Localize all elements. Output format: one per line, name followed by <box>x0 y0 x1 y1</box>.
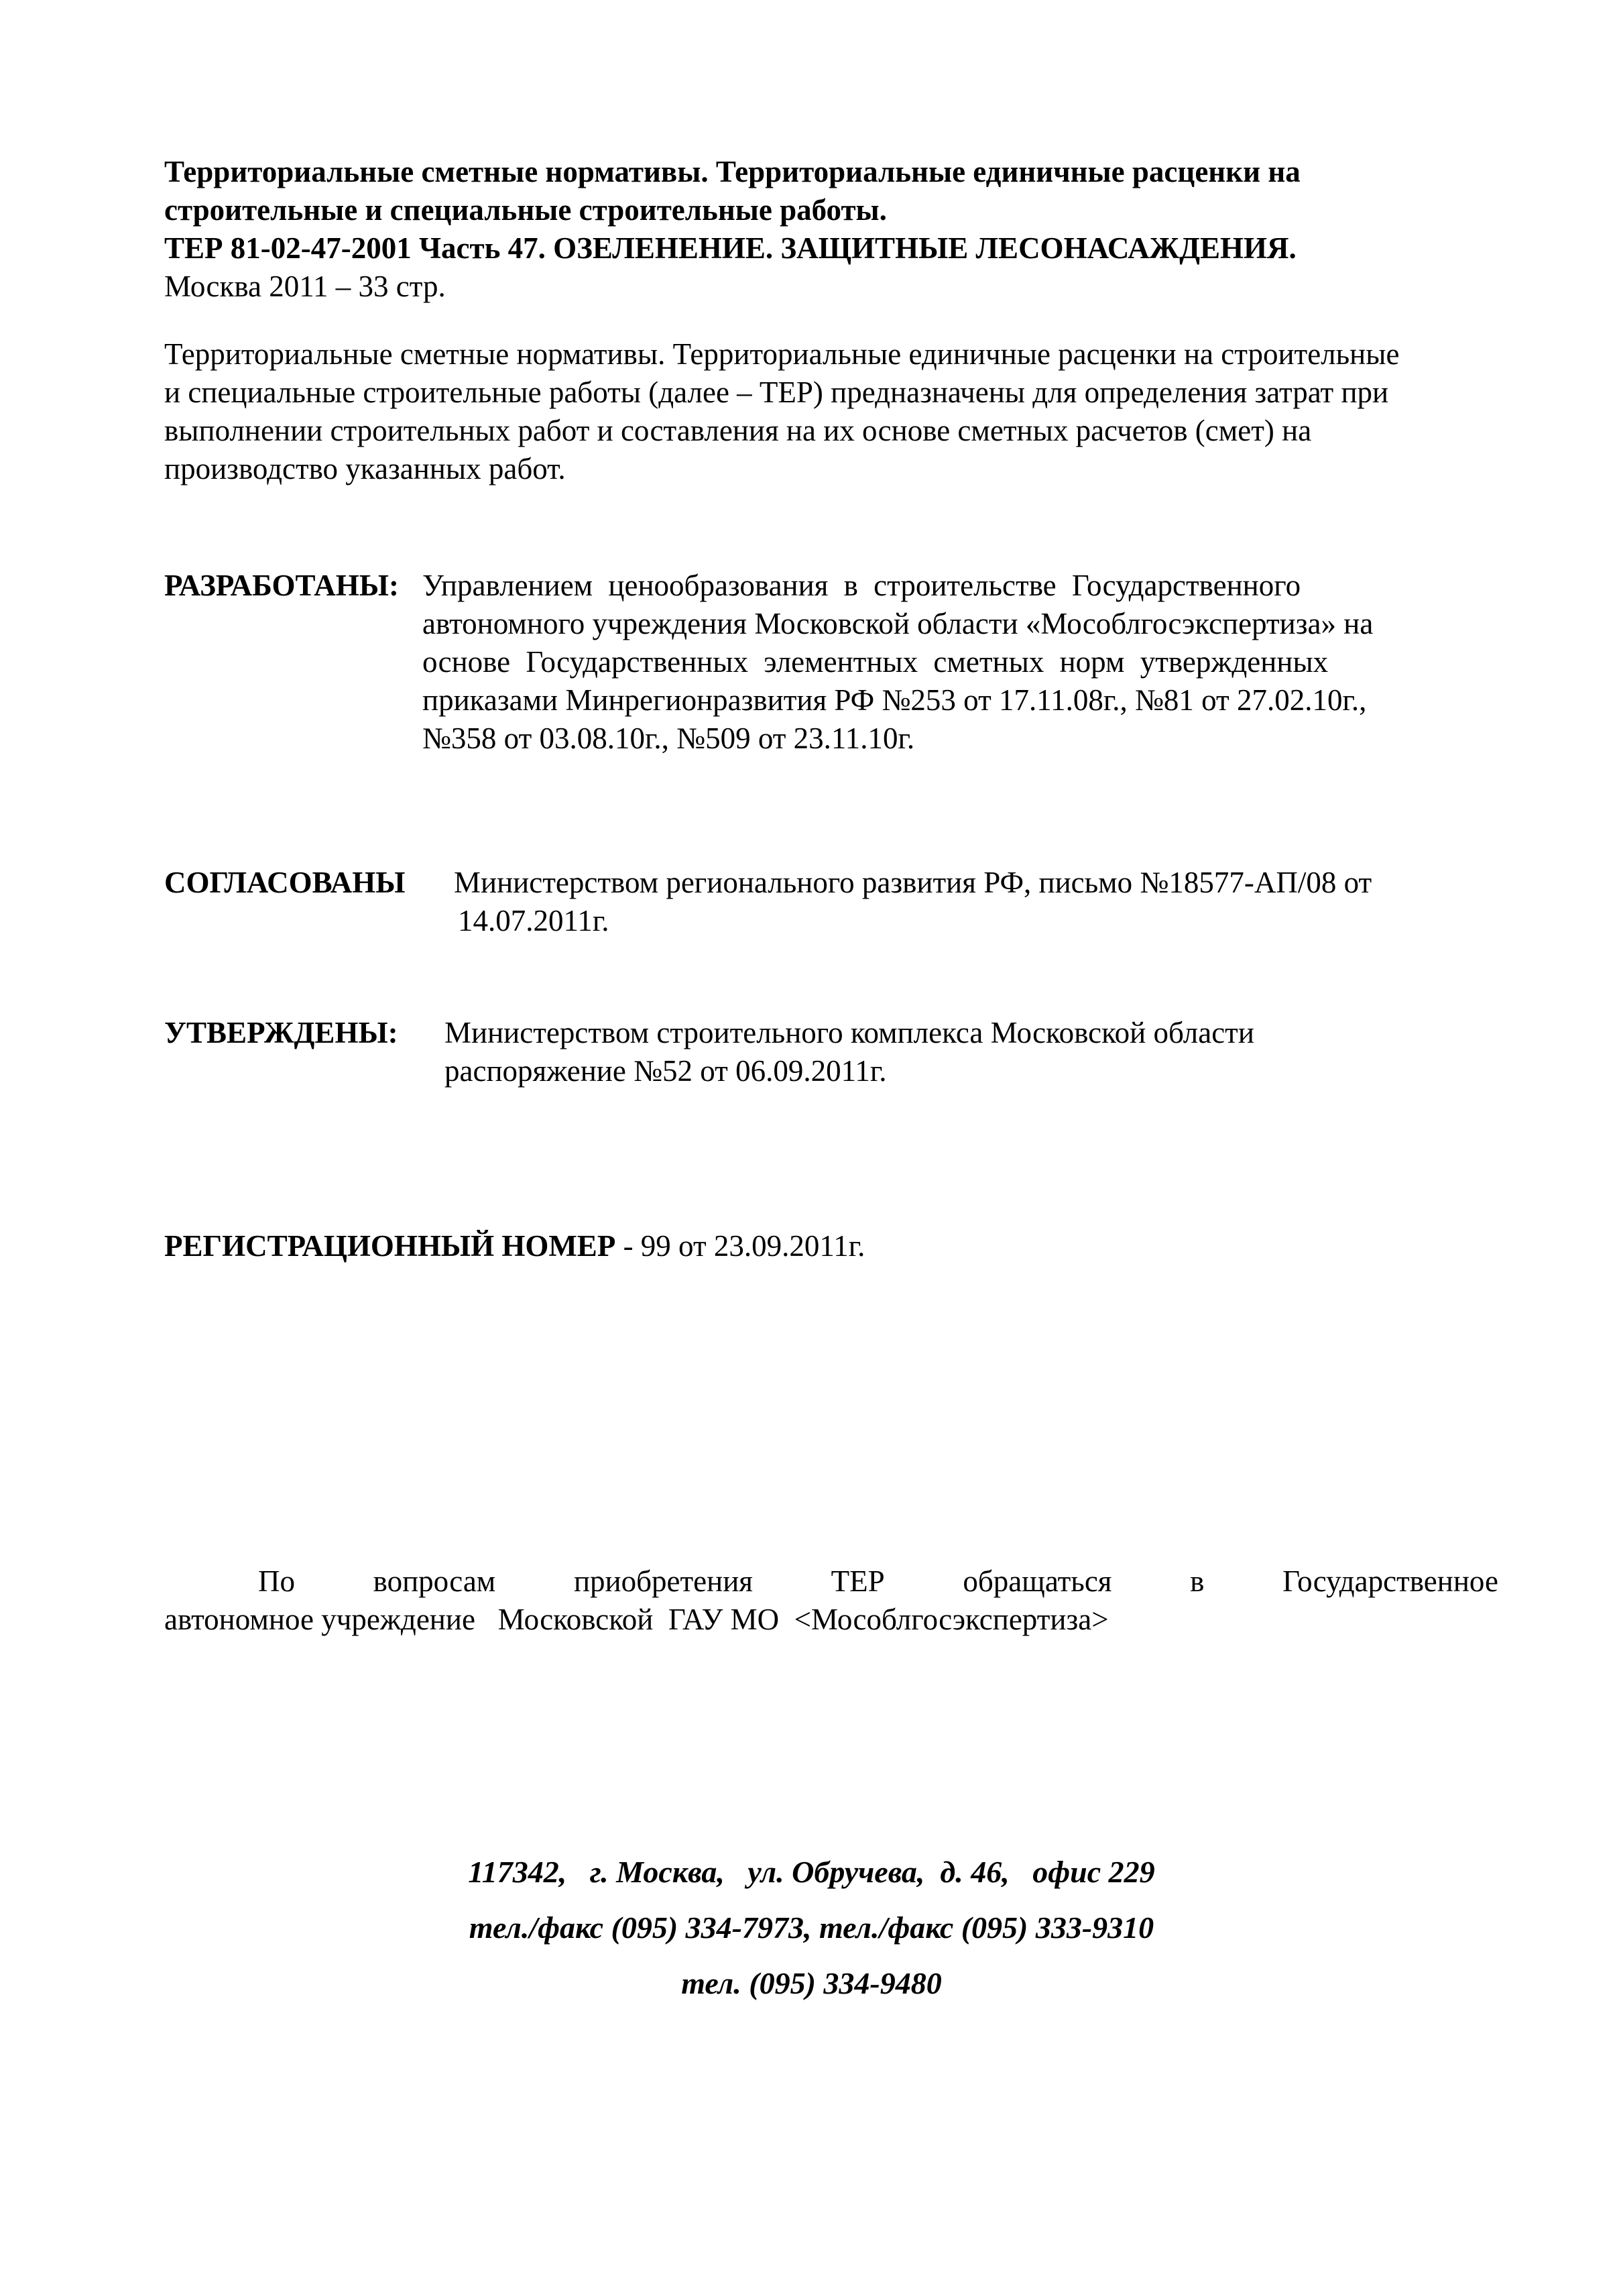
contact-phones-fax: тел./факс (095) 334-7973, тел./факс (095… <box>0 1900 1623 1955</box>
agreed-label: СОГЛАСОВАНЫ <box>164 864 406 902</box>
intro-line: и специальные строительные работы (далее… <box>164 374 1505 412</box>
purchase-word: обращаться <box>963 1562 1111 1601</box>
agreed-line: 14.07.2011г. <box>454 902 1372 940</box>
purchase-word: вопросам <box>373 1562 496 1601</box>
approved-text: Министерством строительного комплекса Мо… <box>444 1014 1254 1090</box>
intro-line: выполнении строительных работ и составле… <box>164 412 1505 450</box>
contact-phone: тел. (095) 334-9480 <box>0 1955 1623 2011</box>
header-title-line-1: Территориальные сметные нормативы. Терри… <box>164 153 1471 191</box>
approved-line: Министерством строительного комплекса Мо… <box>444 1014 1254 1052</box>
header-place-pages: Москва 2011 – 33 стр. <box>164 268 1471 306</box>
intro-line: производство указанных работ. <box>164 450 1505 488</box>
contact-block: 117342, г. Москва, ул. Обручева, д. 46, … <box>0 1844 1623 2011</box>
intro-line: Территориальные сметные нормативы. Терри… <box>164 335 1505 374</box>
header-title-line-2: строительные и специальные строительные … <box>164 191 1471 229</box>
approved-line: распоряжение №52 от 06.09.2011г. <box>444 1052 1254 1090</box>
purchase-info: По вопросам приобретения ТЕР обращаться … <box>164 1562 1498 1639</box>
purchase-line-2: автономное учреждение Московской ГАУ МО … <box>164 1601 1498 1639</box>
purchase-word: в <box>1190 1562 1204 1601</box>
developed-line: основе Государственных элементных сметны… <box>422 643 1373 681</box>
agreed-text: Министерством регионального развития РФ,… <box>454 864 1372 940</box>
purchase-word: По <box>258 1562 295 1601</box>
purchase-line-1: По вопросам приобретения ТЕР обращаться … <box>164 1562 1498 1601</box>
approved-label: УТВЕРЖДЕНЫ: <box>164 1014 398 1052</box>
developed-line: приказами Минрегионразвития РФ №253 от 1… <box>422 681 1373 720</box>
purchase-word: Государственное <box>1282 1562 1498 1601</box>
developed-line: Управлением ценообразования в строительс… <box>422 567 1373 605</box>
registration-label: РЕГИСТРАЦИОННЫЙ НОМЕР <box>164 1229 615 1263</box>
purchase-word: ТЕР <box>831 1562 885 1601</box>
agreed-line: Министерством регионального развития РФ,… <box>454 864 1372 902</box>
registration-value: - 99 от 23.09.2011г. <box>615 1229 865 1263</box>
document-header: Территориальные сметные нормативы. Терри… <box>164 153 1471 306</box>
registration-number: РЕГИСТРАЦИОННЫЙ НОМЕР - 99 от 23.09.2011… <box>164 1227 865 1265</box>
contact-address: 117342, г. Москва, ул. Обручева, д. 46, … <box>0 1844 1623 1900</box>
intro-paragraph: Территориальные сметные нормативы. Терри… <box>164 335 1505 488</box>
header-code-line: ТЕР 81-02-47-2001 Часть 47. ОЗЕЛЕНЕНИЕ. … <box>164 229 1471 268</box>
developed-line: №358 от 03.08.10г., №509 от 23.11.10г. <box>422 720 1373 758</box>
purchase-word: приобретения <box>574 1562 753 1601</box>
developed-label: РАЗРАБОТАНЫ: <box>164 567 399 605</box>
developed-line: автономного учреждения Московской област… <box>422 605 1373 643</box>
developed-text: Управлением ценообразования в строительс… <box>422 567 1373 758</box>
